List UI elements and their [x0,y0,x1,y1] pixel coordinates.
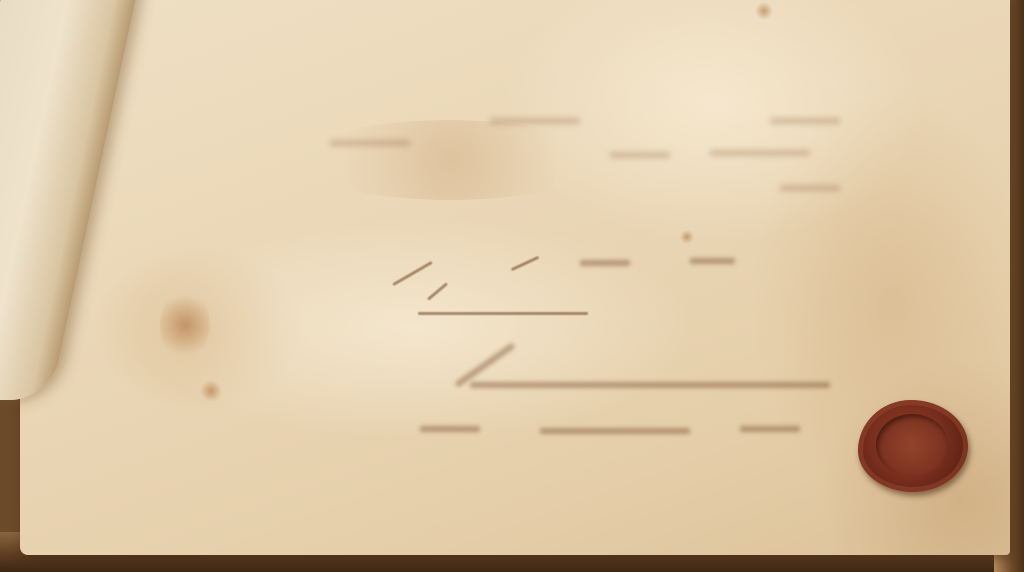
parchment-photo: Aged parchment page in an open book [0,0,1024,572]
wax-seal-impression [876,414,948,476]
wax-seal [858,400,968,492]
stain [755,2,773,20]
stain [160,290,210,360]
parchment-page [20,0,1010,555]
stain [680,230,694,244]
stain [300,120,600,200]
stain [200,380,222,402]
